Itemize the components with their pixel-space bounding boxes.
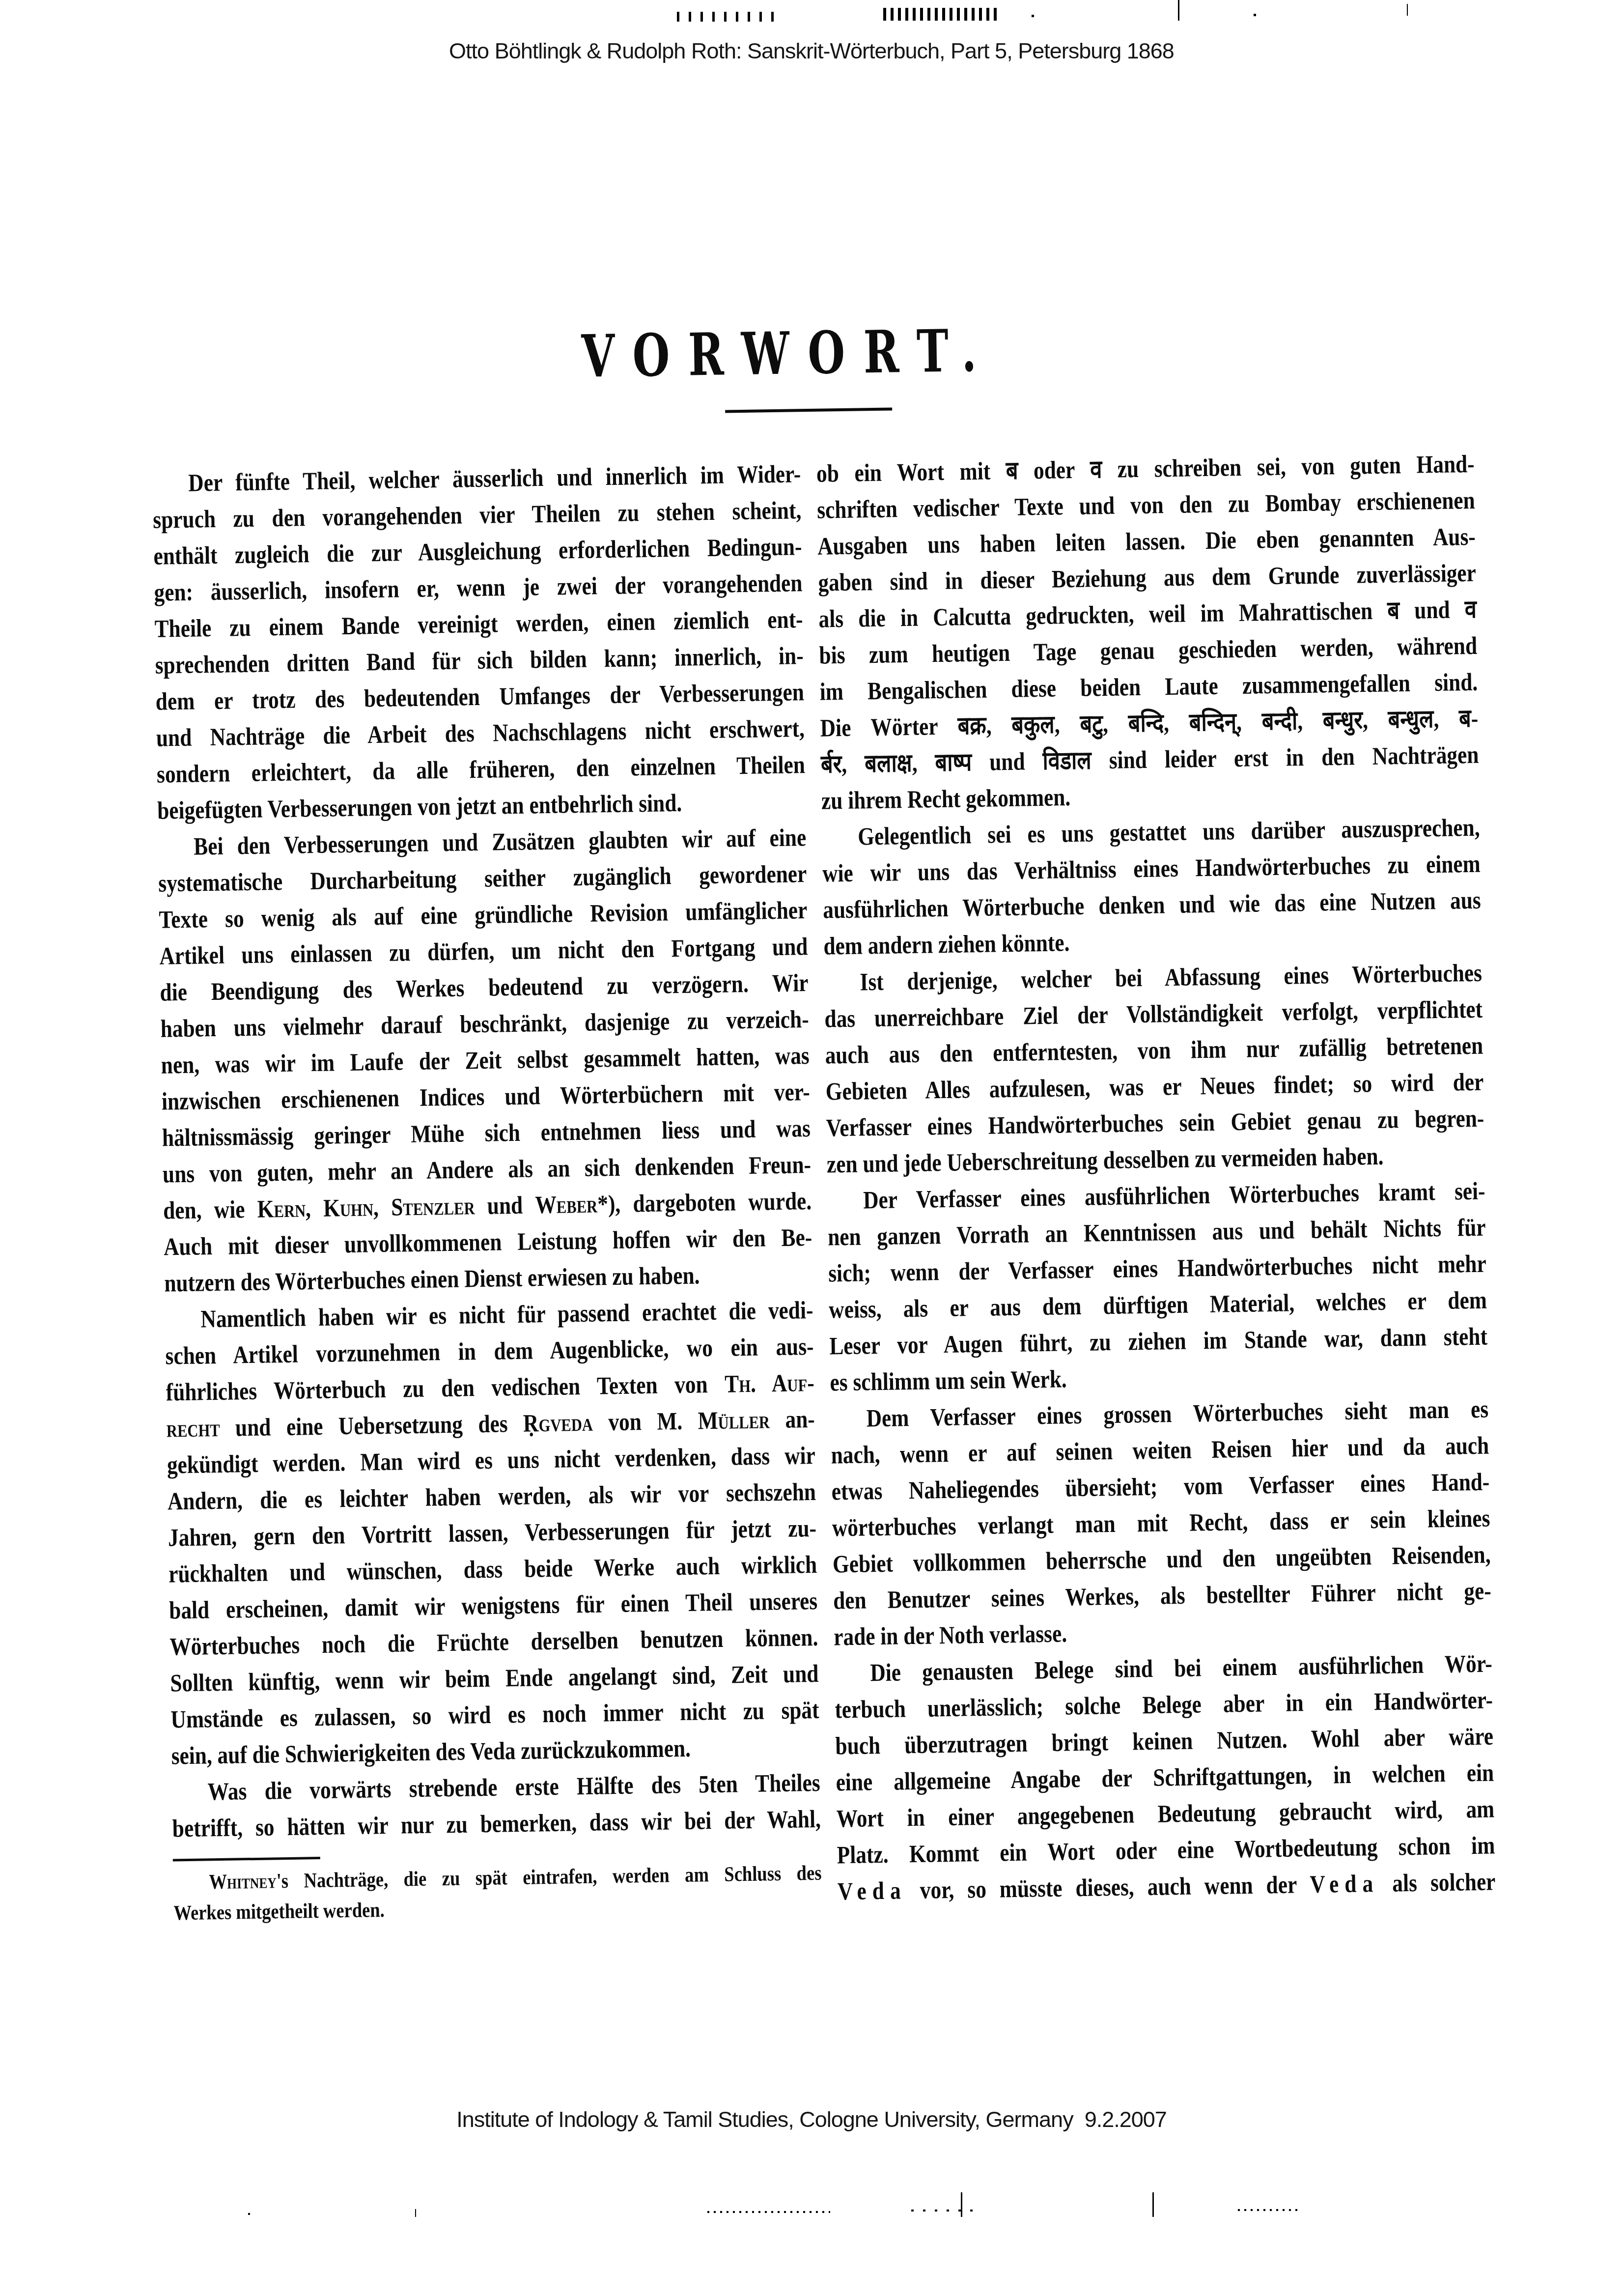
scan-artifact [911, 2210, 980, 2211]
scan-artifact [1254, 14, 1256, 16]
footnote-rule [173, 1857, 320, 1861]
scanned-book-page: Otto Böhtlingk & Rudolph Roth: Sanskrit-… [0, 0, 1623, 2296]
footnote: Whitney's Nachträge, die zu spät eintraf… [173, 1858, 822, 1929]
scan-artifact [1407, 4, 1408, 16]
right-column: ob ein Wort mit ब oder व zu schreiben se… [816, 446, 1496, 1910]
scan-artifact [248, 2213, 250, 2215]
title-rule [725, 407, 892, 413]
scan-artifact [1032, 15, 1034, 17]
scan-artifact [1152, 2192, 1154, 2217]
page-title: VORWORT. [122, 309, 1454, 397]
page-header: Otto Böhtlingk & Rudolph Roth: Sanskrit-… [0, 38, 1623, 64]
scan-artifact [415, 2209, 416, 2217]
scan-artifact [961, 2192, 962, 2217]
scan-artifact [1238, 2209, 1302, 2211]
scan-artifact [883, 8, 999, 21]
scan-artifact [707, 2211, 830, 2213]
scan-content: VORWORT. Der fünfte Theil, welcher äusse… [0, 303, 1623, 1963]
left-column: Der fünfte Theil, welcher äusserlich und… [152, 456, 821, 1847]
scan-artifact [677, 12, 783, 22]
page-footer: Institute of Indology & Tamil Studies, C… [0, 2107, 1623, 2132]
scan-artifact [1178, 0, 1179, 21]
